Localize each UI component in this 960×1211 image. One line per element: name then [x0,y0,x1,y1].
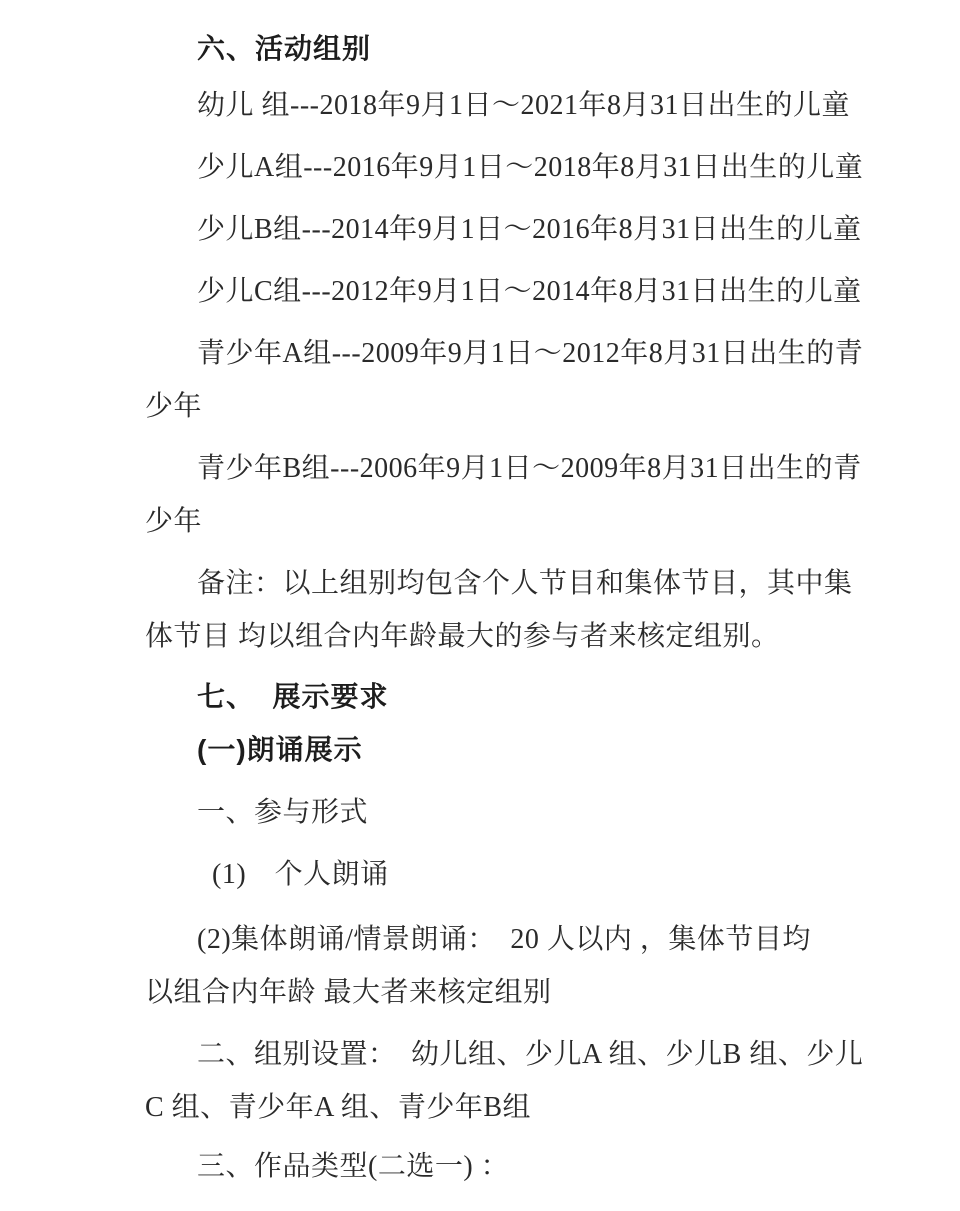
group-youer-line: 幼儿 组---2018年9月1日～2021年8月31日出生的儿童 [145,79,872,132]
document-page: 六、活动组别 幼儿 组---2018年9月1日～2021年8月31日出生的儿童 … [0,0,960,1211]
section-6-heading: 六、活动组别 [145,22,872,75]
group-qingshaonian-b-line-2: 少年 [145,495,872,548]
document-content: 六、活动组别 幼儿 组---2018年9月1日～2021年8月31日出生的儿童 … [0,0,960,1193]
item-group-recitation-line-2: 以组合内年龄 最大者来核定组别 [145,966,872,1019]
item-group-setup-line-1: 二、组别设置： 幼儿组、少儿A 组、少儿B 组、少儿 [145,1028,872,1081]
group-shaoer-a-line: 少儿A组---2016年9月1日～2018年8月31日出生的儿童 [145,141,872,194]
group-shaoer-c-line: 少儿C组---2012年9月1日～2014年8月31日出生的儿童 [145,265,872,318]
group-qingshaonian-a-line-2: 少年 [145,380,872,433]
section-7-heading: 七、 展示要求 [145,670,872,723]
note-line-1: 备注：以上组别均包含个人节目和集体节目，其中集 [145,557,872,610]
subsection-recitation-heading: (一)朗诵展示 [145,723,872,776]
item-participation-form: 一、参与形式 [145,786,872,839]
item-group-setup-line-2: C 组、青少年A 组、青少年B组 [145,1081,872,1134]
item-individual-recitation: (1) 个人朗诵 [145,848,872,901]
group-shaoer-b-line: 少儿B组---2014年9月1日～2016年8月31日出生的儿童 [145,203,872,256]
group-qingshaonian-a-line-1: 青少年A组---2009年9月1日～2012年8月31日出生的青 [145,327,872,380]
note-line-2: 体节目 均以组合内年龄最大的参与者来核定组别。 [145,610,872,663]
item-work-type: 三、作品类型(二选一) ： [145,1140,872,1193]
item-group-recitation-line-1: (2)集体朗诵/情景朗诵： 20 人以内 ，集体节目均 [145,913,872,966]
group-qingshaonian-b-line-1: 青少年B组---2006年9月1日～2009年8月31日出生的青 [145,442,872,495]
